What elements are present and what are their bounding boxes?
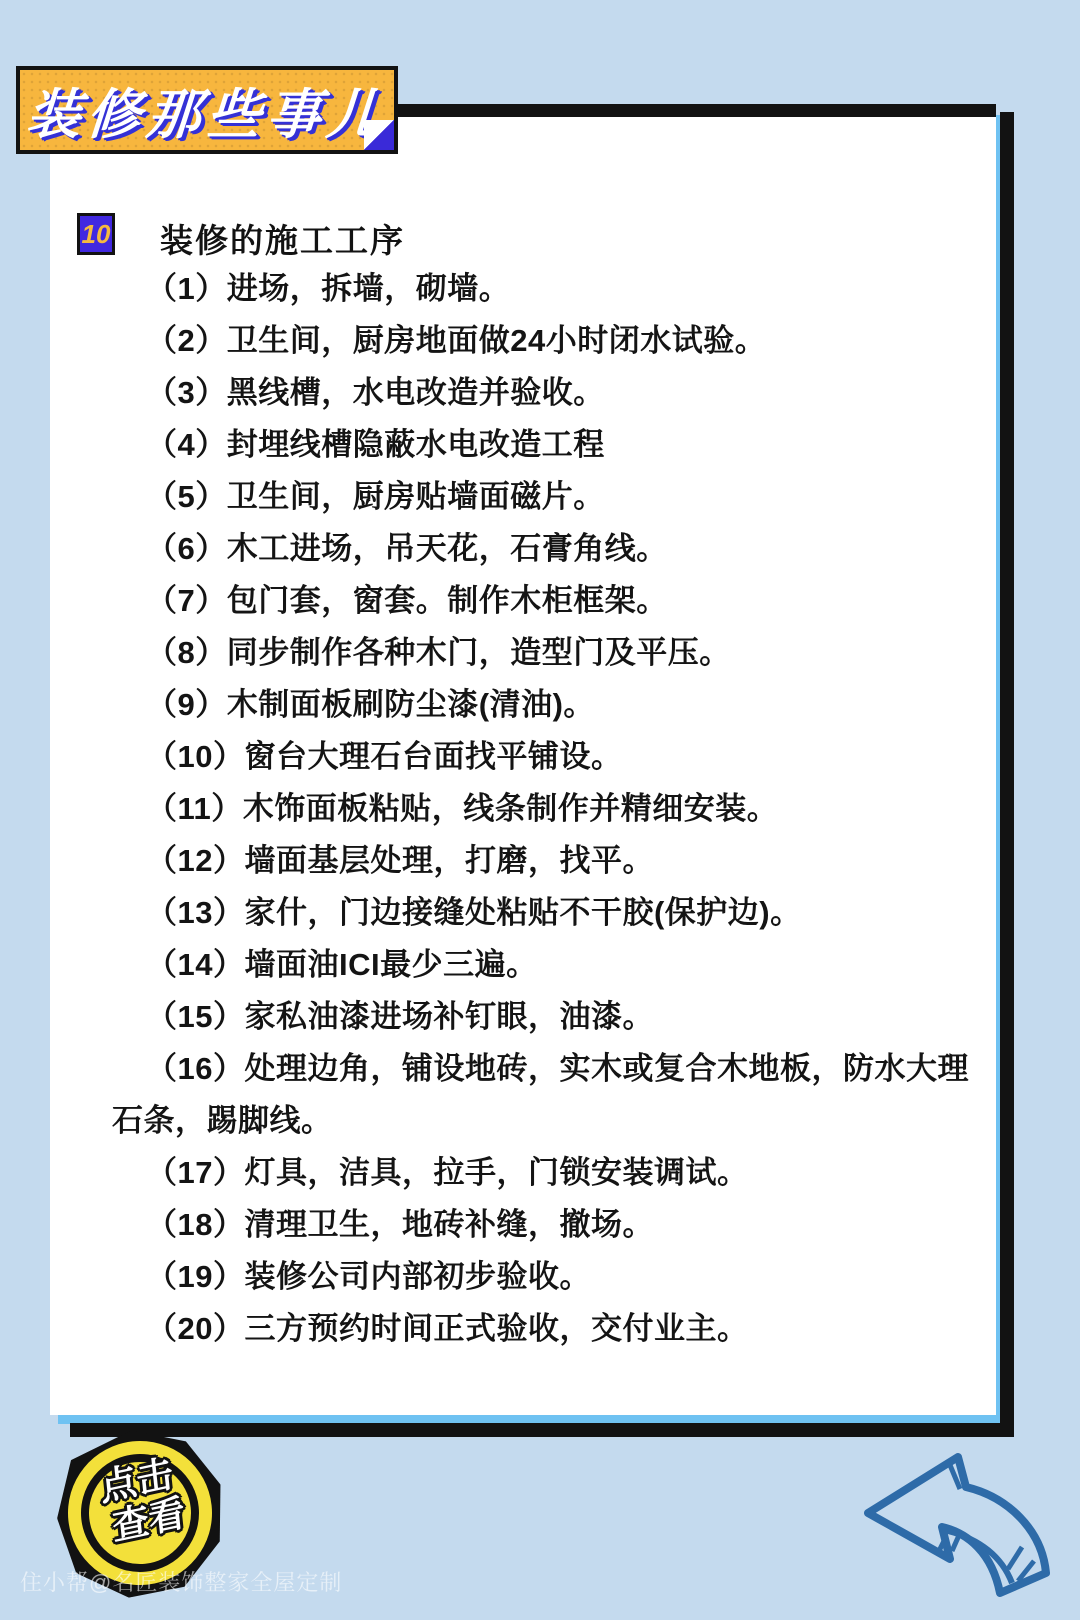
steps-list: （1）进场，拆墙，砌墙。（2）卫生间，厨房地面做24小时闭水试验。（3）黑线槽，… [50, 263, 996, 1355]
step-item: （8）同步制作各种木门，造型门及平压。 [112, 627, 970, 679]
section-number: 10 [82, 219, 111, 250]
step-item: （3）黑线槽，水电改造并验收。 [112, 367, 970, 419]
step-item: （1）进场，拆墙，砌墙。 [112, 263, 970, 315]
hand-drawn-arrow-icon [850, 1435, 1065, 1610]
step-item: （9）木制面板刷防尘漆(清油)。 [112, 679, 970, 731]
step-item: （16）处理边角，铺设地砖，实木或复合木地板，防水大理石条，踢脚线。 [112, 1043, 970, 1147]
section-title-row: 10 装修的施工工序 [50, 213, 996, 257]
step-item: （12）墙面基层处理，打磨，找平。 [112, 835, 970, 887]
step-item: （2）卫生间，厨房地面做24小时闭水试验。 [112, 315, 970, 367]
step-item: （15）家私油漆进场补钉眼，油漆。 [112, 991, 970, 1043]
step-item: （19）装修公司内部初步验收。 [112, 1251, 970, 1303]
section-number-badge: 10 [77, 213, 115, 255]
card-frame-right [1000, 112, 1014, 1437]
step-item: （5）卫生间，厨房贴墙面磁片。 [112, 471, 970, 523]
step-item: （6）木工进场，吊天花，石膏角线。 [112, 523, 970, 575]
step-item: （20）三方预约时间正式验收，交付业主。 [112, 1303, 970, 1355]
page-fold-icon [364, 120, 394, 150]
header-badge-label: 装修那些事儿 [24, 72, 389, 149]
step-item: （14）墙面油ICI最少三遍。 [112, 939, 970, 991]
content-card: 10 装修的施工工序 （1）进场，拆墙，砌墙。（2）卫生间，厨房地面做24小时闭… [50, 104, 996, 1415]
step-item: （11）木饰面板粘贴，线条制作并精细安装。 [112, 783, 970, 835]
section-title: 装修的施工工序 [160, 215, 405, 262]
step-item: （4）封埋线槽隐蔽水电改造工程 [112, 419, 970, 471]
step-item: （10）窗台大理石台面找平铺设。 [112, 731, 970, 783]
header-badge: 装修那些事儿 [16, 66, 398, 154]
poster-page: 10 装修的施工工序 （1）进场，拆墙，砌墙。（2）卫生间，厨房地面做24小时闭… [0, 0, 1080, 1620]
step-item: （7）包门套，窗套。制作木柜框架。 [112, 575, 970, 627]
watermark-text: 住小帮@名匠装饰整家全屋定制 [20, 1566, 342, 1597]
step-item: （17）灯具，洁具，拉手，门锁安装调试。 [112, 1147, 970, 1199]
step-item: （18）清理卫生，地砖补缝，撤场。 [112, 1199, 970, 1251]
step-item: （13）家什，门边接缝处粘贴不干胶(保护边)。 [112, 887, 970, 939]
